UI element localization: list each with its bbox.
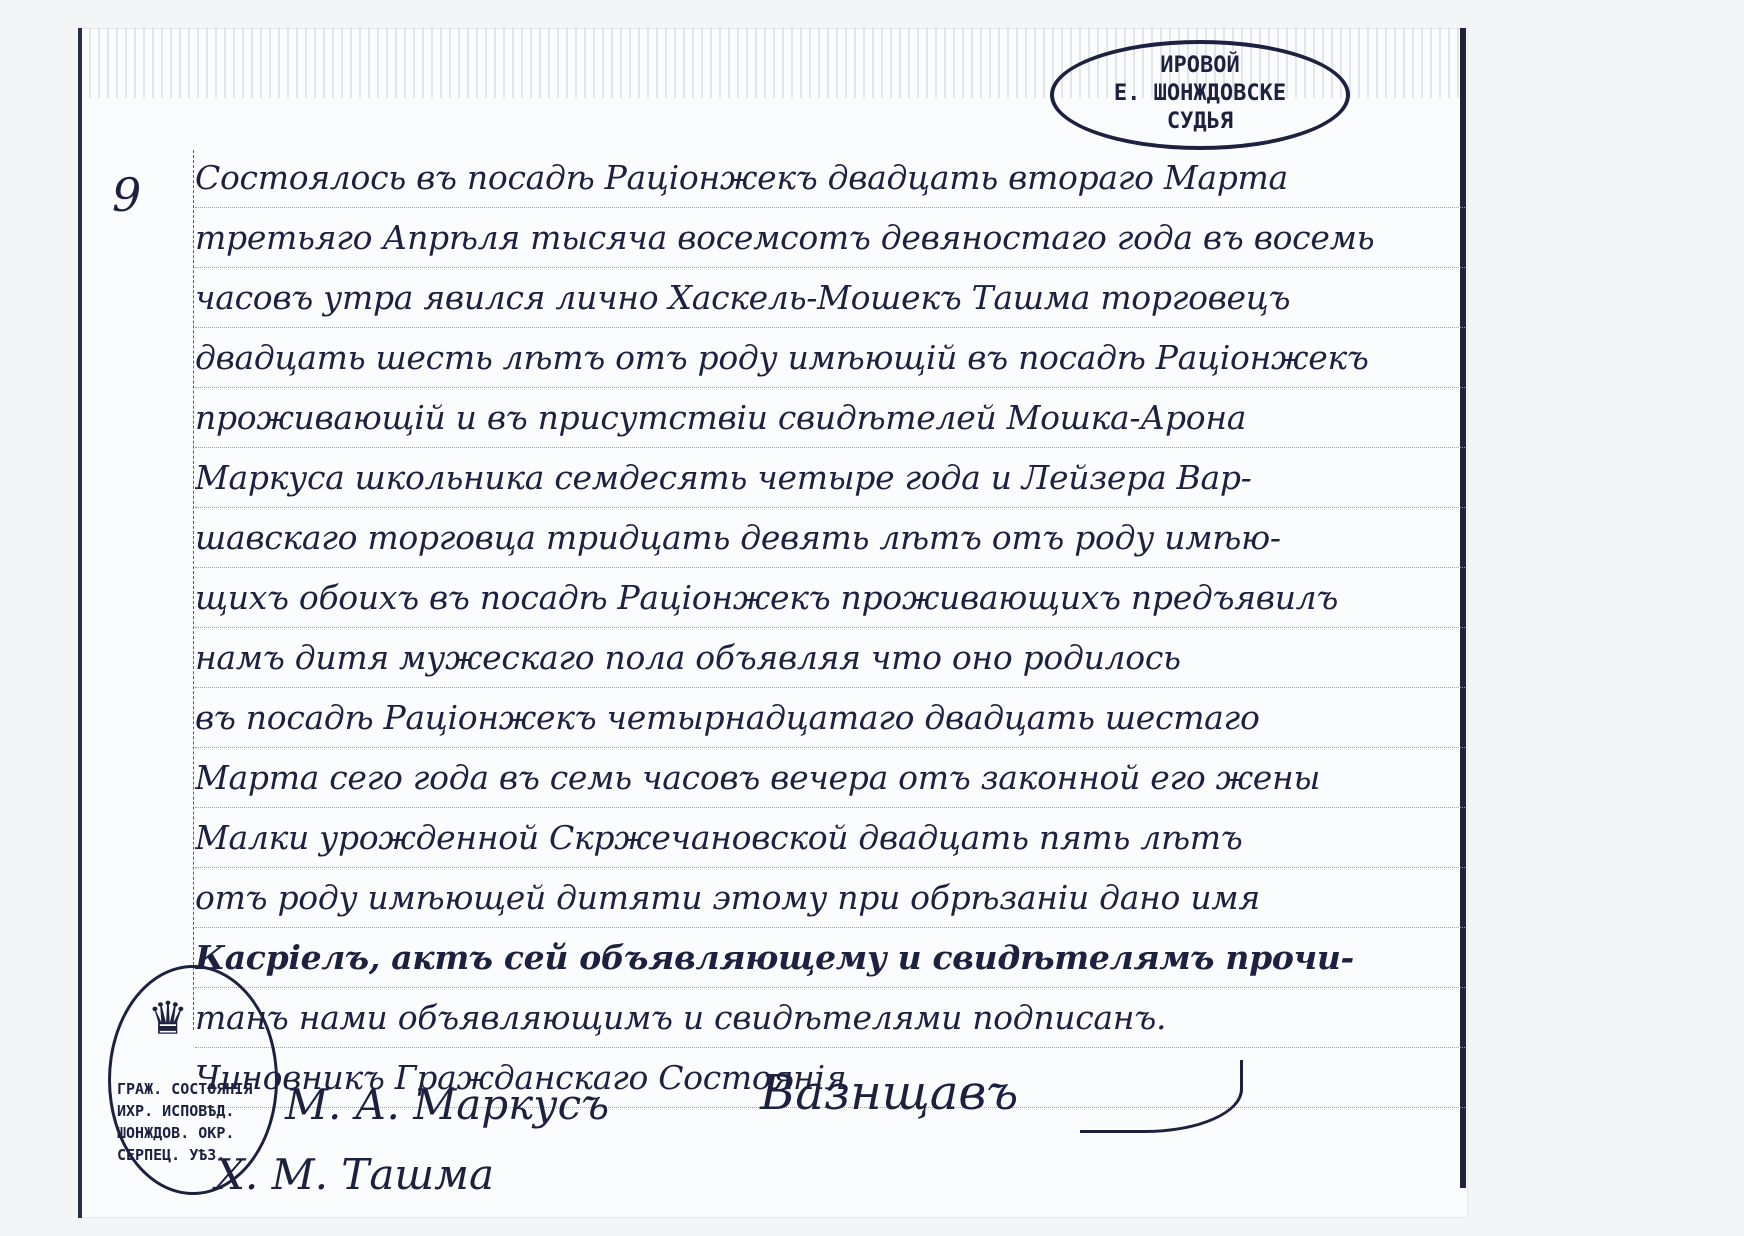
text-line: отъ роду имѣющей дитяти этому при обрѣза… — [195, 868, 1465, 928]
signature-witness: М. А. Маркусъ — [285, 1080, 609, 1129]
double-headed-eagle-icon: ♛ — [151, 986, 185, 1046]
signature-official: Вазнщавъ — [760, 1065, 1018, 1121]
text-line: шавскаго торговца тридцать девять лѣтъ о… — [195, 508, 1465, 568]
text-line: Марта сего года въ семь часовъ вечера от… — [195, 748, 1465, 808]
text-line: намъ дитя мужескаго пола объявляя что он… — [195, 628, 1465, 688]
stamp-line: СУДЬЯ — [1054, 108, 1346, 136]
text-line: въ посадѣ Раціонжекъ четырнадцатаго двад… — [195, 688, 1465, 748]
text-line: часовъ утра явился лично Хаскель-Мошекъ … — [195, 268, 1465, 328]
text-line: третьяго Апрѣля тысяча восемсотъ девянос… — [195, 208, 1465, 268]
stamp-line: ГРАЖ. СОСТОЯНІЯ — [117, 1078, 275, 1100]
signature-declarant: Х. М. Ташма — [215, 1150, 494, 1199]
text-line: Маркуса школьника семдесять четыре года … — [195, 448, 1465, 508]
page-left-border — [78, 28, 82, 1218]
text-line: проживающій и въ присутствіи свидѣтелей … — [195, 388, 1465, 448]
stamp-line: Е. ШОНЖДОВСКЕ — [1054, 80, 1346, 108]
entry-number: 9 — [112, 168, 141, 222]
stamp-line: ИРОВОЙ — [1054, 52, 1346, 80]
stamp-line: ИХР. ИСПОВѢД. — [117, 1100, 275, 1122]
stamp-line: ШОНЖДОВ. ОКР. — [117, 1122, 275, 1144]
text-line: Состоялось въ посадѣ Раціонжекъ двадцать… — [195, 148, 1465, 208]
judge-stamp: ИРОВОЙ Е. ШОНЖДОВСКЕ СУДЬЯ — [1050, 40, 1350, 150]
text-line: двадцать шесть лѣтъ отъ роду имѣющій въ … — [195, 328, 1465, 388]
text-line: танъ нами объявляющимъ и свидѣтелями под… — [195, 988, 1465, 1048]
text-line: Малки урожденной Скржечановской двадцать… — [195, 808, 1465, 868]
text-line: щихъ обоихъ въ посадѣ Раціонжекъ прожива… — [195, 568, 1465, 628]
record-text: Состоялось въ посадѣ Раціонжекъ двадцать… — [195, 148, 1465, 1108]
text-line-child-name: Касріелъ, актъ сей объявляющему и свидѣт… — [195, 928, 1465, 988]
